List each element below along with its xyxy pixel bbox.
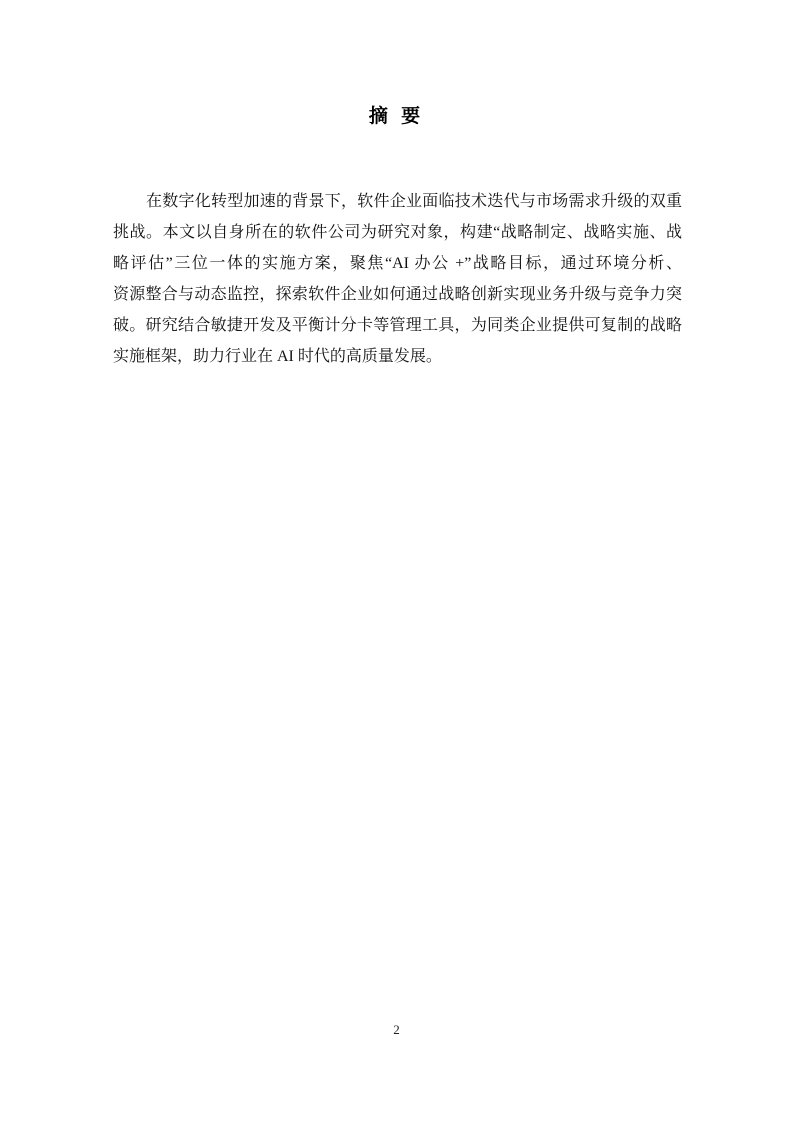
page-title: 摘 要 — [0, 106, 793, 128]
abstract-paragraph: 在数字化转型加速的背景下，软件企业面临技术迭代与市场需求升级的双重 挑战。本文以… — [113, 186, 682, 372]
abstract-line: 实施框架，助力行业在 AI 时代的高质量发展。 — [113, 341, 682, 372]
abstract-line: 略评估”三位一体的实施方案，聚焦“AI 办公 +”战略目标，通过环境分析、 — [113, 248, 682, 279]
abstract-line: 资源整合与动态监控，探索软件企业如何通过战略创新实现业务升级与竞争力突 — [113, 279, 682, 310]
abstract-line: 在数字化转型加速的背景下，软件企业面临技术迭代与市场需求升级的双重 — [113, 186, 682, 217]
abstract-line: 破。研究结合敏捷开发及平衡计分卡等管理工具，为同类企业提供可复制的战略 — [113, 310, 682, 341]
abstract-line: 挑战。本文以自身所在的软件公司为研究对象，构建“战略制定、战略实施、战 — [113, 217, 682, 248]
document-page: 摘 要 在数字化转型加速的背景下，软件企业面临技术迭代与市场需求升级的双重 挑战… — [0, 0, 793, 1122]
page-number: 2 — [0, 1022, 793, 1037]
